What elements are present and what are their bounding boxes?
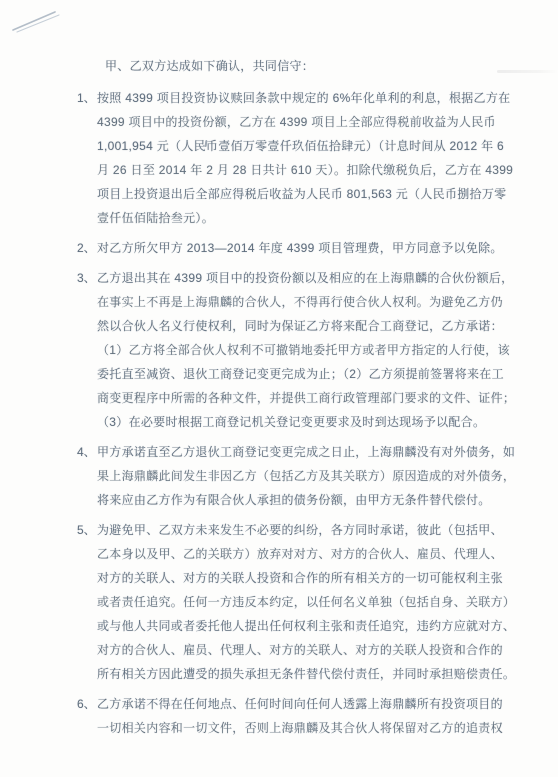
- text-line: 甲方承诺直至乙方退伙工商登记变更完成之日止，上海鼎麟没有对外债务，如: [97, 440, 517, 464]
- text-line: 在事实上不再是上海鼎麟的合伙人，不得再行使合伙人权利。为避免乙方仍: [97, 290, 517, 314]
- text-line: 一切相关内容和一切文件，否则上海鼎麟及其合伙人将保留对乙方的追责权: [97, 716, 517, 740]
- text-line: 对乙方所欠甲方 2013—2014 年度 4399 项目管理费，甲方同意予以免除…: [97, 236, 517, 260]
- text-line: 乙本身以及甲、乙的关联方）放弃对对方、对方的合伙人、雇员、代理人、: [97, 542, 517, 566]
- clause-number: 1、: [77, 86, 97, 110]
- text-line: 乙方退出其在 4399 项目中的投资份额以及相应的在上海鼎麟的合伙份额后，: [97, 266, 517, 290]
- clause-body: 甲方承诺直至乙方退伙工商登记变更完成之日止，上海鼎麟没有对外债务，如 果上海鼎麟…: [97, 440, 517, 512]
- clause-body: 乙方退出其在 4399 项目中的投资份额以及相应的在上海鼎麟的合伙份额后， 在事…: [97, 266, 517, 434]
- document-content: 甲、乙双方达成如下确认，共同信守： 1、 按照 4399 项目投资协议赎回条款中…: [77, 54, 517, 740]
- text-line: （3）在必要时根据工商登记机关登记变更要求及时到达现场予以配合。: [97, 410, 517, 434]
- clause-number: 6、: [77, 692, 97, 716]
- text-line: 1,001,954 元（人民币壹佰万零壹仟玖佰伍拾肆元）（计息时间从 2012 …: [97, 134, 517, 158]
- clause-number: 5、: [77, 518, 97, 542]
- text-line: 按照 4399 项目投资协议赎回条款中规定的 6%年化单利的利息，根据乙方在: [97, 86, 517, 110]
- scanned-page: 甲、乙双方达成如下确认，共同信守： 1、 按照 4399 项目投资协议赎回条款中…: [0, 0, 558, 777]
- clause-number: 4、: [77, 440, 97, 464]
- text-line: 果上海鼎麟此间发生非因乙方（包括乙方及其关联方）原因造成的对外债务，: [97, 464, 517, 488]
- clause-number: 3、: [77, 266, 97, 290]
- clause-1: 1、 按照 4399 项目投资协议赎回条款中规定的 6%年化单利的利息，根据乙方…: [77, 86, 517, 230]
- text-line: 委托直至减资、退伙工商登记变更完成为止；（2）乙方须提前签署将来在工: [97, 362, 517, 386]
- text-line: 4399 项目中的投资份额，乙方在 4399 项目上全部应得税前收益为人民币: [97, 110, 517, 134]
- clause-5: 5、 为避免甲、乙双方未来发生不必要的纠纷，各方同时承诺，彼此（包括甲、 乙本身…: [77, 518, 517, 686]
- text-line: 壹仟伍佰陆拾叁元）。: [97, 206, 517, 230]
- text-line: 然以合伙人名义行使权利，同时为保证乙方将来配合工商登记，乙方承诺：: [97, 314, 517, 338]
- text-line: 项目上投资退出后全部应得税后收益为人民币 801,563 元（人民币捌拾万零: [97, 182, 517, 206]
- clause-2: 2、 对乙方所欠甲方 2013—2014 年度 4399 项目管理费，甲方同意予…: [77, 236, 517, 260]
- pen-stroke-icon: [8, 5, 64, 37]
- text-line: 乙方承诺不得在任何地点、任何时间向任何人透露上海鼎麟所有投资项目的: [97, 692, 517, 716]
- text-line: 所有相关方因此遭受的损失承担无条件替代偿付责任，并同时承担赔偿责任。: [97, 662, 517, 686]
- text-line: 为避免甲、乙双方未来发生不必要的纠纷，各方同时承诺，彼此（包括甲、: [97, 518, 517, 542]
- clause-4: 4、 甲方承诺直至乙方退伙工商登记变更完成之日止，上海鼎麟没有对外债务，如 果上…: [77, 440, 517, 512]
- clause-number: 2、: [77, 236, 97, 260]
- intro-line: 甲、乙双方达成如下确认，共同信守：: [105, 54, 517, 78]
- text-line: 对方的合伙人、雇员、代理人、对方的关联人、对方的关联人投资和合作的: [97, 638, 517, 662]
- text-line: 月 26 日至 2014 年 2 月 28 日共计 610 天）。扣除代缴税负后…: [97, 158, 517, 182]
- clause-body: 按照 4399 项目投资协议赎回条款中规定的 6%年化单利的利息，根据乙方在 4…: [97, 86, 517, 230]
- text-line: （1）乙方将全部合伙人权利不可撤销地委托甲方或者甲方指定的人行使，该: [97, 338, 517, 362]
- clause-body: 为避免甲、乙双方未来发生不必要的纠纷，各方同时承诺，彼此（包括甲、 乙本身以及甲…: [97, 518, 517, 686]
- clause-body: 对乙方所欠甲方 2013—2014 年度 4399 项目管理费，甲方同意予以免除…: [97, 236, 517, 260]
- clause-body: 乙方承诺不得在任何地点、任何时间向任何人透露上海鼎麟所有投资项目的 一切相关内容…: [97, 692, 517, 740]
- text-line: 将来应由乙方作为有限合伙人承担的债务份额，由甲方无条件替代偿付。: [97, 488, 517, 512]
- text-line: 或者责任追究。任何一方违反本约定，以任何名义单独（包括自身、关联方）: [97, 590, 517, 614]
- text-line: 对方的关联人、对方的关联人投资和合作的所有相关方的一切可能权利主张: [97, 566, 517, 590]
- text-line: 或与他人共同或者委托他人提出任何权利主张和责任追究，违约方应就对方、: [97, 614, 517, 638]
- clause-6: 6、 乙方承诺不得在任何地点、任何时间向任何人透露上海鼎麟所有投资项目的 一切相…: [77, 692, 517, 740]
- clause-3: 3、 乙方退出其在 4399 项目中的投资份额以及相应的在上海鼎麟的合伙份额后，…: [77, 266, 517, 434]
- text-line: 商变更程序中所需的各种文件，并提供工商行政管理部门要求的文件、证件；: [97, 386, 517, 410]
